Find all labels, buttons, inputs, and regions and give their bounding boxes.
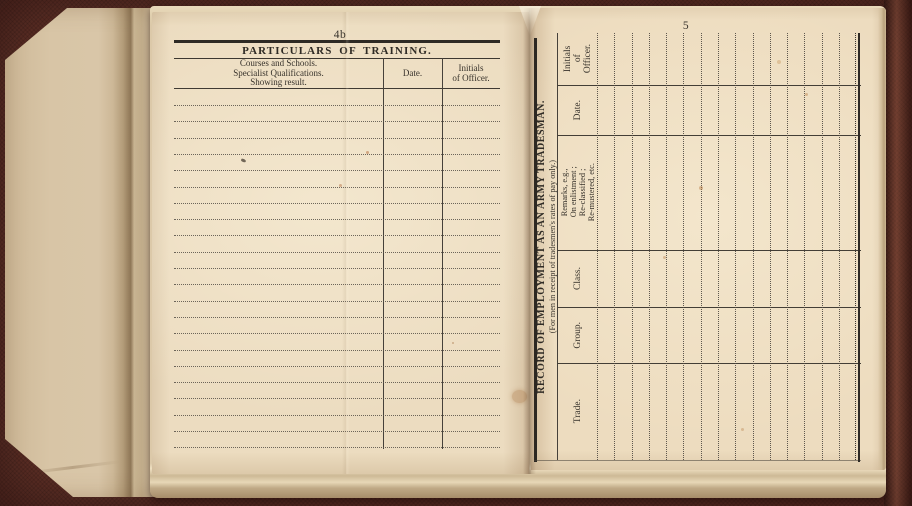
row-header-group-label: Group. (573, 322, 583, 349)
ruled-line (174, 235, 500, 236)
ruled-line (174, 301, 500, 302)
right-table-title: RECORD OF EMPLOYMENT AS AN ARMY TRADESMA… (537, 100, 547, 394)
ruled-line (174, 415, 500, 416)
entry-divider (735, 33, 736, 460)
scanned-army-book-photo: { "left_page": { "page_number": "4b", "t… (0, 0, 912, 506)
row-divider (557, 135, 861, 136)
ruled-line (174, 252, 500, 253)
row-divider (557, 307, 861, 308)
ruled-line (174, 317, 500, 318)
closing-rule-dotted (855, 33, 856, 460)
foxing-spot (339, 184, 342, 187)
ruled-line (174, 121, 500, 122)
entry-divider (701, 33, 702, 460)
entry-divider (666, 33, 667, 460)
row-header-initials: InitialsofOfficer. (558, 33, 597, 85)
ruled-line (174, 284, 500, 285)
gutter-shadow (523, 8, 536, 474)
ruled-line (174, 154, 500, 155)
row-header-initials-label: InitialsofOfficer. (563, 44, 593, 73)
ruled-line (174, 105, 500, 106)
entry-divider (597, 33, 598, 460)
ruled-line (174, 187, 500, 188)
ruled-line (174, 382, 500, 383)
entry-divider (614, 33, 615, 460)
row-header-date: Date. (558, 85, 597, 135)
row-header-trade-label: Trade. (573, 399, 583, 423)
ruled-line (174, 431, 500, 432)
ruled-line (174, 219, 500, 220)
row-divider (557, 250, 861, 251)
page-fore-edge (878, 8, 886, 470)
row-header-remarks: Remarks, e.g.,On enlistment ;Re-classifi… (558, 135, 597, 250)
column-header-courses: Courses and Schools.Specialist Qualifica… (174, 59, 383, 88)
entry-divider (822, 33, 823, 460)
column-header-initials: Initialsof Officer. (442, 59, 500, 88)
entry-divider (770, 33, 771, 460)
ruled-line (174, 203, 500, 204)
ruled-line (174, 366, 500, 367)
row-header-class: Class. (558, 250, 597, 307)
entry-divider (839, 33, 840, 460)
foxing-spot (741, 428, 744, 431)
column-divider (383, 58, 384, 449)
right-page-number: 5 (671, 20, 701, 32)
ruled-line (174, 398, 500, 399)
row-divider (557, 85, 861, 86)
foxing-spot (777, 60, 781, 64)
endpaper-crease (113, 8, 147, 497)
entry-divider (718, 33, 719, 460)
entry-divider (683, 33, 684, 460)
row-header-group: Group. (558, 307, 597, 363)
page-left: 4b PARTICULARS OF TRAINING. Courses and … (152, 12, 529, 474)
entry-divider (787, 33, 788, 460)
entry-divider (804, 33, 805, 460)
ruled-line (174, 333, 500, 334)
book-cover-spine-edge (884, 0, 912, 506)
right-table-subtitle: (For men in receipt of tradesmen's rates… (548, 160, 557, 333)
right-table-title-block: RECORD OF EMPLOYMENT AS AN ARMY TRADESMA… (537, 33, 557, 460)
ruled-line (174, 350, 500, 351)
row-divider (557, 363, 861, 364)
ruled-line (174, 138, 500, 139)
foxing-spot (452, 342, 454, 344)
row-header-class-label: Class. (573, 267, 583, 290)
endpaper-flap (5, 8, 156, 497)
foxing-spot (366, 151, 369, 154)
ruled-line (174, 170, 500, 171)
left-table-title: PARTICULARS OF TRAINING. (174, 43, 500, 58)
column-header-date: Date. (383, 59, 442, 88)
ink-mark (241, 158, 247, 163)
row-header-trade: Trade. (558, 363, 597, 460)
entry-divider (753, 33, 754, 460)
entry-divider (649, 33, 650, 460)
column-divider (442, 58, 443, 449)
page-crease (342, 12, 350, 474)
entry-divider (632, 33, 633, 460)
foxing-spot (805, 93, 808, 96)
ruled-line (174, 447, 500, 448)
header-underline (174, 88, 500, 89)
closing-rule-solid (858, 33, 860, 462)
row-header-remarks-label: Remarks, e.g.,On enlistment ;Re-classifi… (560, 163, 596, 221)
page-right: 5 RECORD OF EMPLOYMENT AS AN ARMY TRADES… (531, 8, 886, 470)
foxing-spot (699, 186, 703, 190)
ruled-line (174, 268, 500, 269)
table-end-rule (534, 460, 861, 461)
foxing-spot (663, 256, 666, 259)
row-header-date-label: Date. (573, 100, 583, 120)
